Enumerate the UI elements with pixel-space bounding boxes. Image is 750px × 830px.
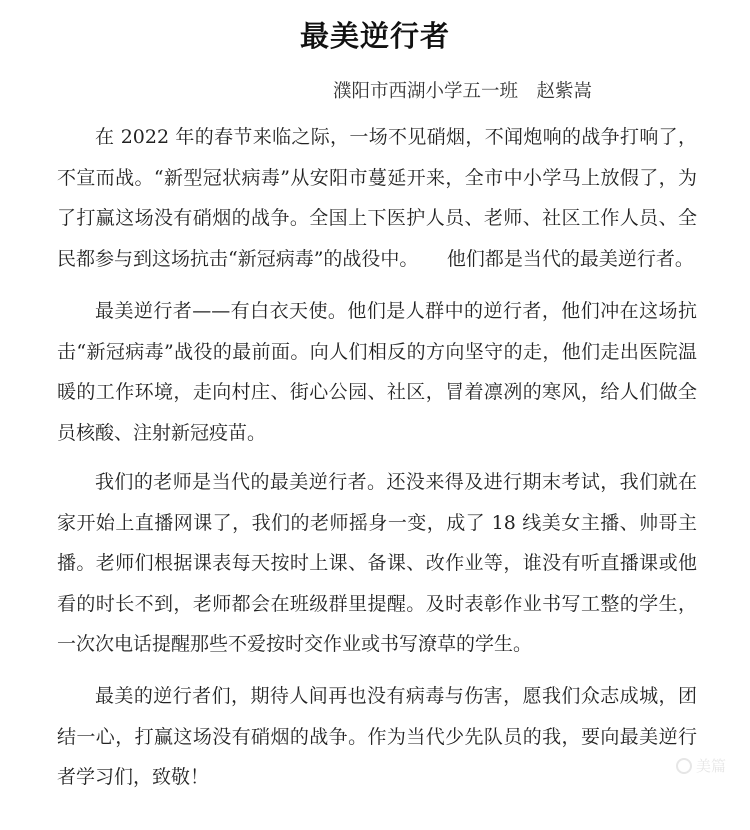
paragraph-4: 最美的逆行者们，期待人间再也没有病毒与伤害，愿我们众志成城，团结一心，打赢这场没…	[57, 676, 697, 798]
watermark: 美篇	[676, 755, 726, 776]
paragraph-2: 最美逆行者——有白衣天使。他们是人群中的逆行者，他们冲在这场抗击“新冠病毒”战役…	[57, 291, 697, 453]
meipian-logo-icon	[676, 758, 692, 774]
article-title: 最美逆行者	[0, 14, 750, 55]
watermark-text: 美篇	[696, 755, 726, 776]
paragraph-1: 在 2022 年的春节来临之际，一场不见硝烟，不闻炮响的战争打响了，不宣而战。“…	[57, 117, 697, 279]
author-byline: 濮阳市西湖小学五一班 赵紫嵩	[333, 77, 592, 103]
paragraph-3: 我们的老师是当代的最美逆行者。还没来得及进行期末考试，我们就在家开始上直播网课了…	[57, 462, 697, 665]
